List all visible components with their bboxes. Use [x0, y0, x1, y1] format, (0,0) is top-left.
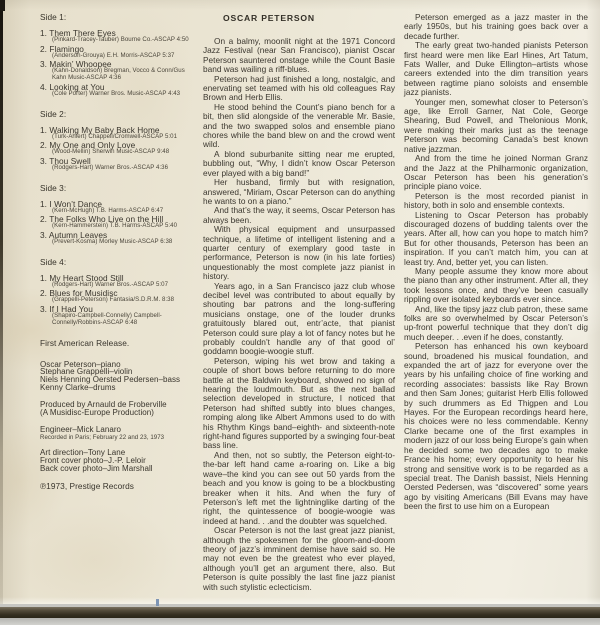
- track-credit: (Kern-Hammerstein) T.B. Harms-ASCAP 5:40: [40, 223, 198, 230]
- track-credit: (Anderson-Grouya) E.H. Morris-ASCAP 5:37: [40, 53, 198, 60]
- track-credit: (Pinkard-Tracey-Tauber) Bourne Co.-ASCAP…: [40, 37, 198, 44]
- side-label: Side 4:: [40, 258, 198, 266]
- track-item: 3. Autumn Leaves (Prevert-Kosma) Morley …: [40, 231, 198, 246]
- track-item: 2. The Folks Who Live on the Hill (Kern-…: [40, 215, 198, 230]
- liner-note-paragraph: And then, not so subtly, the Peterson ei…: [203, 451, 395, 526]
- recording-note: Recorded in Paris; February 22 and 23, 1…: [40, 434, 198, 441]
- production-line: (A Musidisc-Europe Production): [40, 409, 198, 417]
- liner-notes-heading: OSCAR PETERSON: [223, 13, 395, 23]
- tracklist-column: Side 1: 1. Them There Eyes (Pinkard-Trac…: [40, 8, 198, 490]
- blue-speck: [156, 599, 159, 606]
- track-credit: (Shapiro-Campbell-Connelly) Campbell-Con…: [40, 313, 198, 326]
- engineer-credit: Engineer–Mick Lanaro Recorded in Paris; …: [40, 426, 198, 441]
- liner-note-paragraph: Her husband, firmly but with resignation…: [203, 178, 395, 206]
- liner-note-paragraph: Years ago, in a San Francisco jazz club …: [203, 282, 395, 357]
- liner-note-paragraph: Peterson is the most recorded pianist in…: [404, 192, 588, 211]
- side-1-section: Side 1: 1. Them There Eyes (Pinkard-Trac…: [40, 13, 198, 98]
- track-credit: (Wood-Mellin) Sherwin Music-ASCAP 9:48: [40, 149, 198, 156]
- track-credit: (Rodgers-Hart) Warner Bros.-ASCAP 4:36: [40, 165, 198, 172]
- track-item: 1. I Won’t Dance (Kern-McHugh) T.B. Harm…: [40, 200, 198, 215]
- personnel-list: Oscar Peterson–piano Stephane Grappelli–…: [40, 361, 198, 393]
- liner-note-paragraph: And that’s the way, it seems, Oscar Pete…: [203, 206, 395, 225]
- track-item: 2. My One and Only Love (Wood-Mellin) Sh…: [40, 141, 198, 156]
- top-left-corner-mark: [0, 0, 5, 11]
- track-credit: (Grappelli-Peterson) Fantasia/S.D.R.M. 8…: [40, 297, 198, 304]
- side-3-section: Side 3: 1. I Won’t Dance (Kern-McHugh) T…: [40, 184, 198, 246]
- liner-note-paragraph: Younger men, somewhat closer to Peterson…: [404, 98, 588, 154]
- engineer-line: Engineer–Mick Lanaro: [40, 426, 198, 434]
- track-credit: (Kern-McHugh) T.B. Harms-ASCAP 6:47: [40, 208, 198, 215]
- left-edge-shadow: [0, 0, 3, 604]
- bottom-edge-gray: [0, 618, 600, 625]
- art-credit-line: Back cover photo–Jim Marshall: [40, 465, 198, 473]
- release-note: First American Release.: [40, 339, 198, 347]
- liner-note-paragraph: And, like the tipsy jazz club patron, th…: [404, 305, 588, 343]
- track-credit: (Rodgers-Hart) Warner Bros.-ASCAP 5:07: [40, 282, 198, 289]
- track-item: 2. Blues for Musidisc (Grappelli-Peterso…: [40, 289, 198, 304]
- liner-notes-content: Side 1: 1. Them There Eyes (Pinkard-Trac…: [40, 8, 594, 600]
- track-item: 4. Looking at You (Cole Porter) Warner B…: [40, 83, 198, 98]
- track-item: 1. My Heart Stood Still (Rodgers-Hart) W…: [40, 274, 198, 289]
- liner-notes-column-2: Peterson emerged as a jazz master in the…: [404, 8, 588, 512]
- track-credit: (Cole Porter) Warner Bros. Music-ASCAP 4…: [40, 91, 198, 98]
- liner-note-paragraph: Peterson had just finished a long, nosta…: [203, 75, 395, 103]
- track-item: 3. Makin’ Whoopee (Kahn-Donaldson) Bregm…: [40, 60, 198, 81]
- track-item: 1. Walking My Baby Back Home (Turk-Ahler…: [40, 126, 198, 141]
- liner-note-paragraph: And from the time he joined Norman Granz…: [404, 154, 588, 192]
- side-2-section: Side 2: 1. Walking My Baby Back Home (Tu…: [40, 110, 198, 172]
- album-back-cover: Side 1: 1. Them There Eyes (Pinkard-Trac…: [0, 0, 600, 625]
- liner-note-paragraph: Oscar Peterson is not the last great jaz…: [203, 526, 395, 592]
- liner-note-paragraph: A blond suburbanite sitting near me erup…: [203, 150, 395, 178]
- liner-note-paragraph: Peterson emerged as a jazz master in the…: [404, 13, 588, 41]
- production-credit: Produced by Arnauld de Froberville (A Mu…: [40, 401, 198, 417]
- liner-notes-column-1: OSCAR PETERSON On a balmy, moonlit night…: [203, 8, 395, 592]
- liner-note-paragraph: On a balmy, moonlit night at the 1971 Co…: [203, 37, 395, 75]
- side-4-section: Side 4: 1. My Heart Stood Still (Rodgers…: [40, 258, 198, 327]
- side-label: Side 2:: [40, 110, 198, 118]
- track-credit: (Prevert-Kosma) Morley Music-ASCAP 6:38: [40, 239, 198, 246]
- side-label: Side 3:: [40, 184, 198, 192]
- liner-notes-paragraphs: On a balmy, moonlit night at the 1971 Co…: [203, 37, 395, 592]
- personnel-line: Kenny Clarke–drums: [40, 384, 198, 392]
- liner-note-paragraph: The early great two-handed pianists Pete…: [404, 41, 588, 97]
- liner-notes-paragraphs: Peterson emerged as a jazz master in the…: [404, 13, 588, 512]
- liner-note-paragraph: He stood behind the Count’s piano bench …: [203, 103, 395, 150]
- liner-note-paragraph: Peterson, wiping his wet brow and taking…: [203, 357, 395, 451]
- side-label: Side 1:: [40, 13, 198, 21]
- track-list: 1. I Won’t Dance (Kern-McHugh) T.B. Harm…: [40, 200, 198, 246]
- liner-note-paragraph: Listening to Oscar Peterson has probably…: [404, 211, 588, 267]
- track-credit: (Turk-Ahlert) Chappell/Cromwell-ASCAP 5:…: [40, 134, 198, 141]
- track-item: 2. Flamingo (Anderson-Grouya) E.H. Morri…: [40, 45, 198, 60]
- art-credits: Art direction–Tony Lane Front cover phot…: [40, 449, 198, 473]
- copyright-notice: ℗1973, Prestige Records: [40, 482, 198, 490]
- bottom-edge-dark: [0, 607, 600, 618]
- track-list: 1. My Heart Stood Still (Rodgers-Hart) W…: [40, 274, 198, 327]
- liner-note-paragraph: With physical equipment and unsurpassed …: [203, 225, 395, 281]
- track-item: 3. If I Had You (Shapiro-Campbell-Connel…: [40, 305, 198, 326]
- track-item: 1. Them There Eyes (Pinkard-Tracey-Taube…: [40, 29, 198, 44]
- track-credit: (Kahn-Donaldson) Bregman, Vocco & Conn/G…: [40, 68, 198, 81]
- track-item: 3. Thou Swell (Rodgers-Hart) Warner Bros…: [40, 157, 198, 172]
- liner-note-paragraph: Many people assume they know more about …: [404, 267, 588, 305]
- liner-note-paragraph: Peterson has enhanced his own keyboard s…: [404, 342, 588, 511]
- track-list: 1. Walking My Baby Back Home (Turk-Ahler…: [40, 126, 198, 172]
- track-list: 1. Them There Eyes (Pinkard-Tracey-Taube…: [40, 29, 198, 98]
